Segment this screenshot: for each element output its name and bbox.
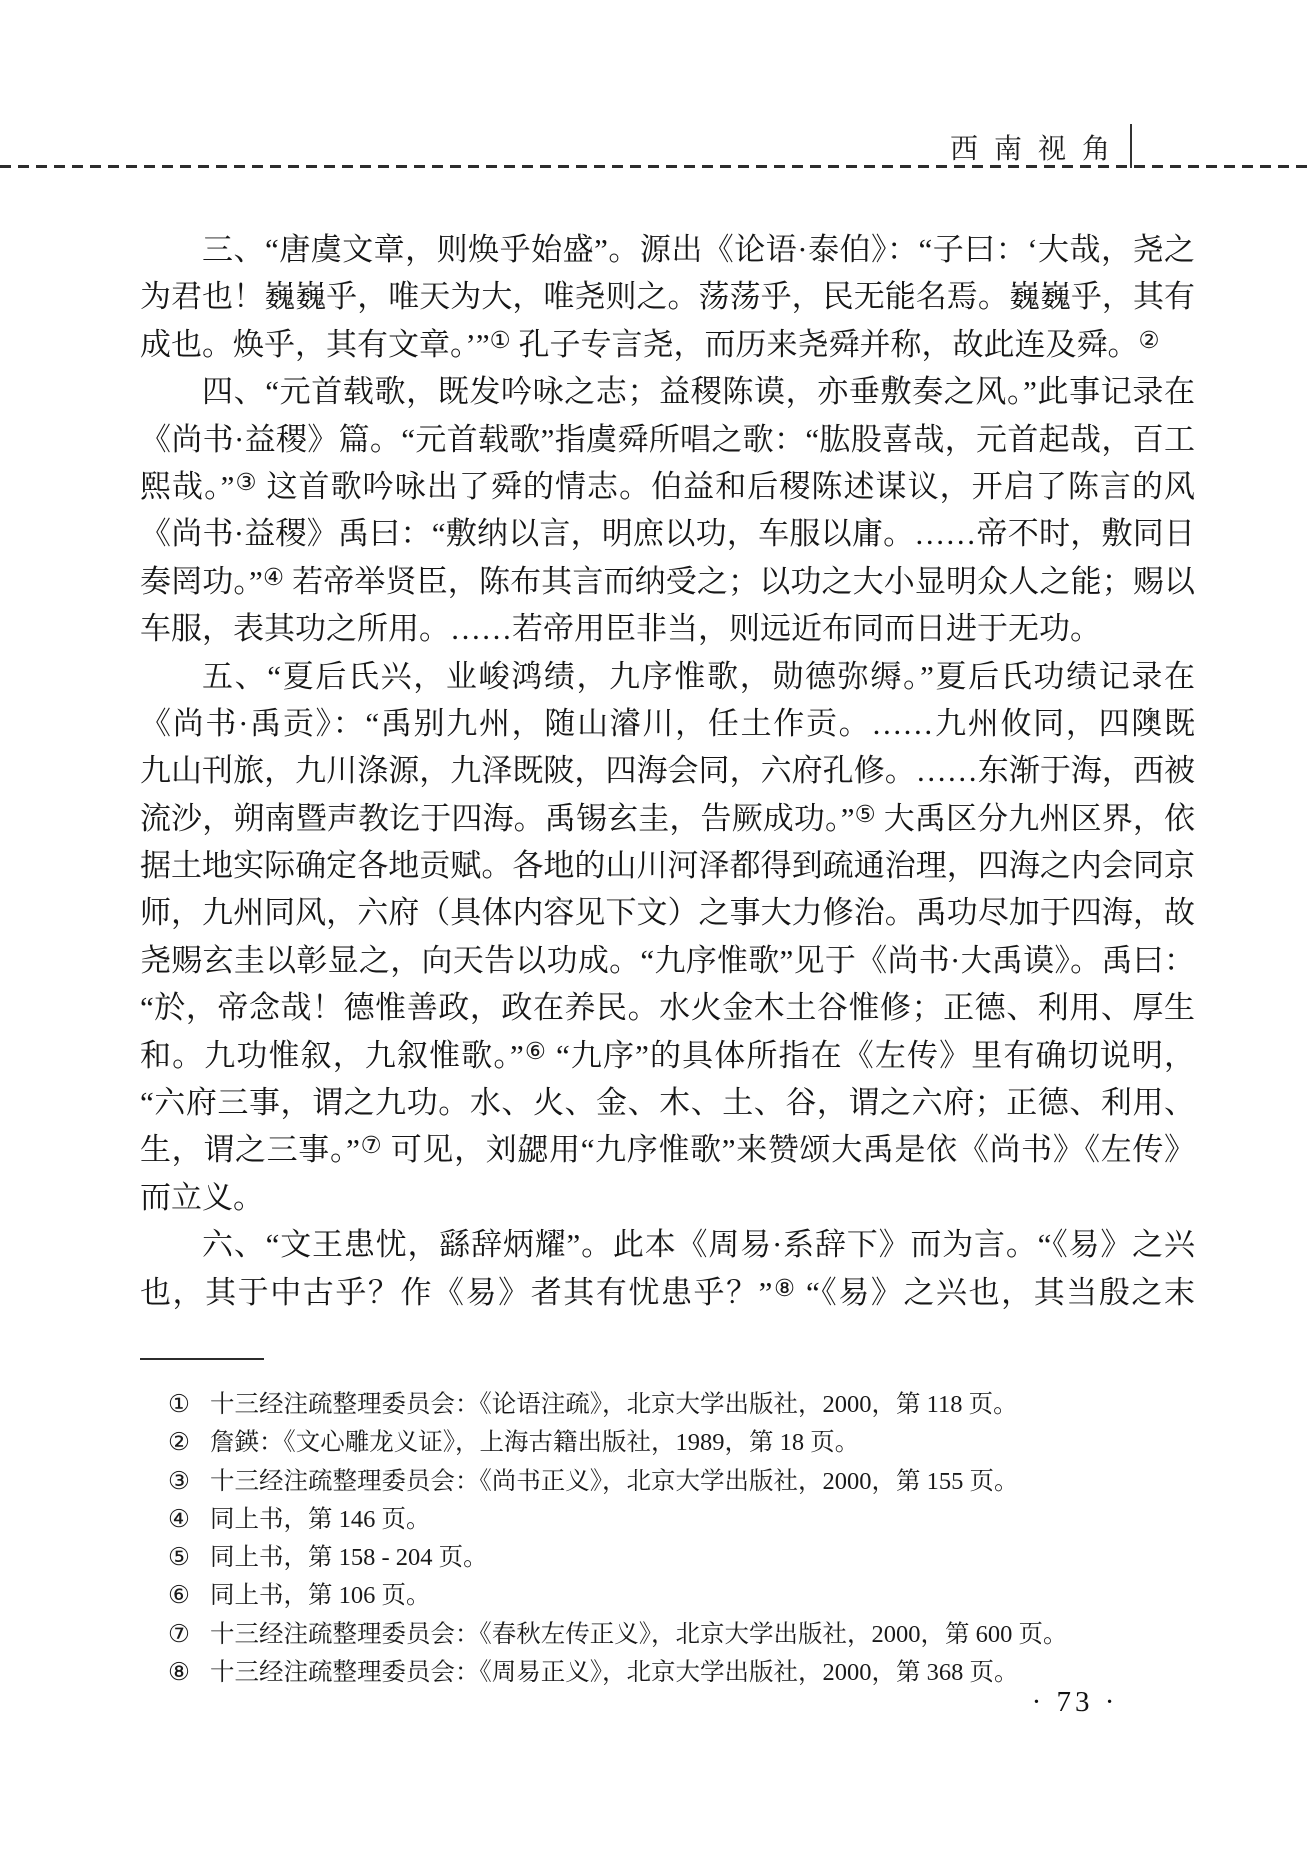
header-dashed-rule — [0, 165, 1307, 168]
footnote: ③十三经注疏整理委员会：《尚书正义》，北京大学出版社，2000，第 155 页。 — [140, 1463, 1200, 1501]
body-line: 车服，表其功之所用。……若帝用臣非当，则远近布同而日进于无功。 — [140, 605, 1195, 652]
footnote-marker: ② — [168, 1424, 200, 1462]
running-head-title: 西南视角 — [950, 133, 1126, 167]
body-text: 三、“唐虞文章，则焕乎始盛”。源出《论语·泰伯》：“子曰：‘大哉，尧之为君也！巍… — [140, 226, 1195, 1316]
body-line: “於，帝念哉！德惟善政，政在养民。水火金木土谷惟修；正德、利用、厚生惟 — [140, 984, 1195, 1031]
header-vertical-rule — [1130, 124, 1132, 168]
footnote-marker: ① — [168, 1386, 200, 1424]
body-line: 奏罔功。”④ 若帝举贤臣，陈布其言而纳受之；以功之大小显明众人之能；赐以 — [140, 558, 1195, 605]
body-line: 四、“元首载歌，既发吟咏之志；益稷陈谟，亦垂敷奏之风。”此事记录在 — [140, 368, 1195, 415]
body-line: 三、“唐虞文章，则焕乎始盛”。源出《论语·泰伯》：“子曰：‘大哉，尧之 — [140, 226, 1195, 273]
footnote-ref: ⑧ — [772, 1276, 796, 1302]
footnote-marker: ⑤ — [168, 1539, 200, 1577]
page: 西南视角 三、“唐虞文章，则焕乎始盛”。源出《论语·泰伯》：“子曰：‘大哉，尧之… — [0, 0, 1307, 1859]
body-line: 五、“夏后氏兴，业峻鸿绩，九序惟歌，勋德弥缛。”夏后氏功绩记录在 — [140, 653, 1195, 700]
footnote-separator — [140, 1358, 264, 1360]
footnote-ref: ⑥ — [524, 1039, 547, 1065]
footnote: ①十三经注疏整理委员会：《论语注疏》，北京大学出版社，2000，第 118 页。 — [140, 1386, 1200, 1424]
footnote-text: 同上书，第 158 - 204 页。 — [210, 1539, 488, 1577]
footnote-marker: ④ — [168, 1501, 200, 1539]
footnote-marker: ⑦ — [168, 1616, 200, 1654]
footnote-marker: ③ — [168, 1463, 200, 1501]
footnote-text: 十三经注疏整理委员会：《周易正义》，北京大学出版社，2000，第 368 页。 — [210, 1654, 1019, 1692]
footnote-ref: ② — [1138, 328, 1159, 354]
footnote-marker: ⑧ — [168, 1654, 200, 1692]
body-line: 《尚书·益稷》篇。“元首载歌”指虞舜所唱之歌：“肱股喜哉，元首起哉，百工 — [140, 416, 1195, 463]
footnote-ref: ⑦ — [360, 1133, 382, 1159]
footnote: ⑥同上书，第 106 页。 — [140, 1577, 1200, 1615]
body-line: 尧赐玄圭以彰显之，向天告以功成。“九序惟歌”见于《尚书·大禹谟》。禹曰： — [140, 937, 1195, 984]
footnote-ref: ③ — [234, 470, 257, 496]
body-line: 《尚书·益稷》禹曰：“敷纳以言，明庶以功，车服以庸。……帝不时，敷同日 — [140, 510, 1195, 557]
body-line: 流沙，朔南暨声教讫于四海。禹锡玄圭，告厥成功。”⑤ 大禹区分九州区界，依 — [140, 795, 1195, 842]
body-line: 为君也！巍巍乎，唯天为大，唯尧则之。荡荡乎，民无能名焉。巍巍乎，其有功 — [140, 273, 1195, 320]
footnote: ⑤同上书，第 158 - 204 页。 — [140, 1539, 1200, 1577]
footnote-text: 同上书，第 106 页。 — [210, 1577, 431, 1615]
footnote: ②詹鍈：《文心雕龙义证》，上海古籍出版社，1989，第 18 页。 — [140, 1424, 1200, 1462]
footnote-text: 十三经注疏整理委员会：《尚书正义》，北京大学出版社，2000，第 155 页。 — [210, 1463, 1019, 1501]
footnote-text: 十三经注疏整理委员会：《春秋左传正义》，北京大学出版社，2000，第 600 页… — [210, 1616, 1068, 1654]
body-line: 六、“文王患忧，繇辞炳耀”。此本《周易·系辞下》而为言。“《易》之兴 — [140, 1221, 1195, 1268]
body-line: 据土地实际确定各地贡赋。各地的山川河泽都得到疏通治理，四海之内会同京 — [140, 842, 1195, 889]
body-line: 《尚书·禹贡》：“禹别九州，随山濬川，任土作贡。……九州攸同，四隩既宅， — [140, 700, 1195, 747]
body-line: 九山刊旅，九川涤源，九泽既陂，四海会同，六府孔修。……东渐于海，西被于 — [140, 747, 1195, 794]
body-line: 熙哉。”③ 这首歌吟咏出了舜的情志。伯益和后稷陈述谋议，开启了陈言的风气。 — [140, 463, 1195, 510]
body-line: 和。九功惟叙，九叙惟歌。”⑥ “九序”的具体所指在《左传》里有确切说明， — [140, 1032, 1195, 1079]
footnotes: ①十三经注疏整理委员会：《论语注疏》，北京大学出版社，2000，第 118 页。… — [140, 1386, 1200, 1692]
footnote-marker: ⑥ — [168, 1577, 200, 1615]
page-number: · 73 · — [1010, 1686, 1140, 1719]
body-line: 生，谓之三事。”⑦ 可见，刘勰用“九序惟歌”来赞颂大禹是依《尚书》《左传》 — [140, 1126, 1195, 1173]
body-line: 成也。焕乎，其有文章。’”① 孔子专言尧，而历来尧舜并称，故此连及舜。② — [140, 321, 1195, 368]
footnote-text: 詹鍈：《文心雕龙义证》，上海古籍出版社，1989，第 18 页。 — [210, 1424, 859, 1462]
footnote-text: 同上书，第 146 页。 — [210, 1501, 431, 1539]
body-line: “六府三事，谓之九功。水、火、金、木、土、谷，谓之六府；正德、利用、厚 — [140, 1079, 1195, 1126]
footnote-text: 十三经注疏整理委员会：《论语注疏》，北京大学出版社，2000，第 118 页。 — [210, 1386, 1018, 1424]
body-line: 也，其于中古乎？作《易》者其有忧患乎？”⑧ “《易》之兴也，其当殷之末世， — [140, 1269, 1195, 1316]
body-line: 而立义。 — [140, 1174, 1195, 1221]
footnote: ④同上书，第 146 页。 — [140, 1501, 1200, 1539]
footnote-ref: ⑤ — [854, 802, 875, 828]
footnote-ref: ④ — [263, 565, 284, 591]
footnote-ref: ① — [490, 328, 511, 354]
footnote: ⑦十三经注疏整理委员会：《春秋左传正义》，北京大学出版社，2000，第 600 … — [140, 1616, 1200, 1654]
body-line: 师，九州同风，六府（具体内容见下文）之事大力修治。禹功尽加于四海，故 — [140, 889, 1195, 936]
